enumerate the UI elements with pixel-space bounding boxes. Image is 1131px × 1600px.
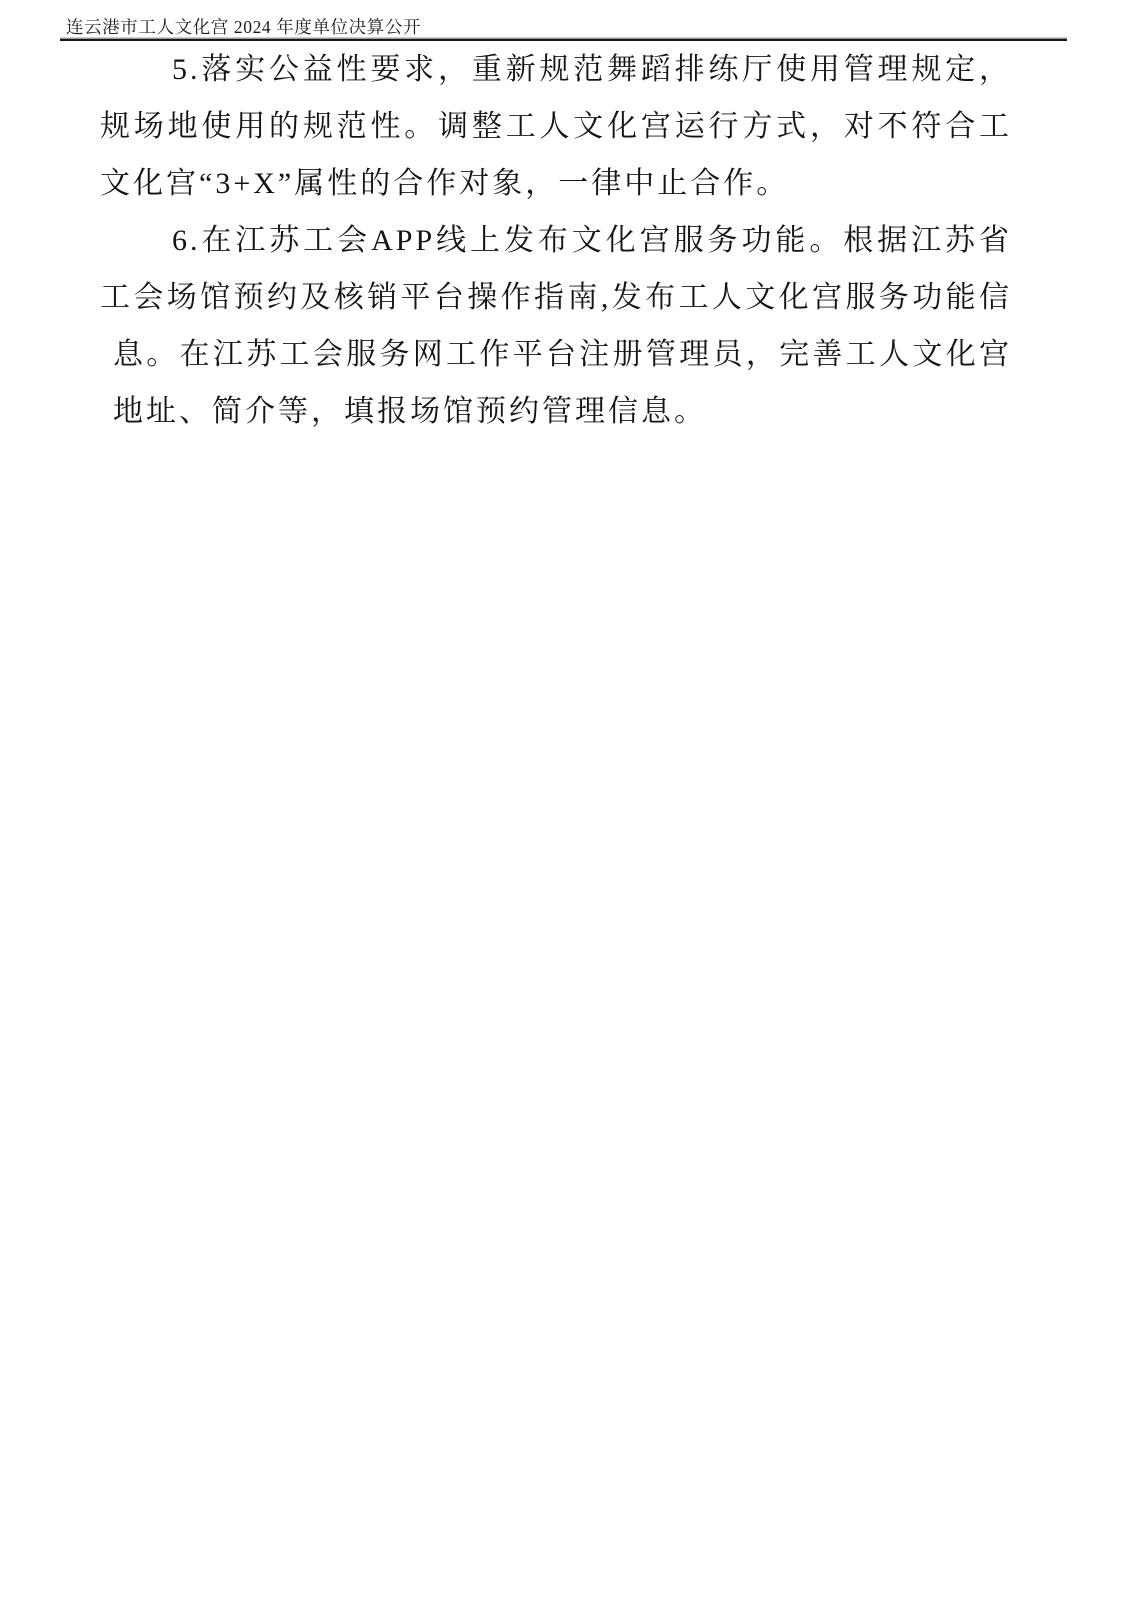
paragraph-5-line-3: 文化宫“3+X”属性的合作对象，一律中止合作。 (100, 155, 1012, 212)
document-body: 5.落实公益性要求，重新规范舞蹈排练厅使用管理规定，正 规场地使用的规范性。调整… (100, 41, 1012, 440)
paragraph-5-line-2: 规场地使用的规范性。调整工人文化宫运行方式，对不符合工人 (100, 98, 1012, 155)
paragraph-6-line-3: 息。在江苏工会服务网工作平台注册管理员，完善工人文化宫 (100, 326, 1012, 383)
paragraph-6-line-4: 地址、简介等，填报场馆预约管理信息。 (100, 383, 1012, 440)
page-header-title: 连云港市工人文化宫 2024 年度单位决算公开 (66, 14, 421, 39)
document-page: 连云港市工人文化宫 2024 年度单位决算公开 5.落实公益性要求，重新规范舞蹈… (0, 0, 1131, 1600)
paragraph-5-line-1: 5.落实公益性要求，重新规范舞蹈排练厅使用管理规定，正 (100, 41, 1012, 98)
paragraph-6-line-2: 工会场馆预约及核销平台操作指南,发布工人文化宫服务功能信 (100, 269, 1012, 326)
paragraph-6-line-1: 6.在江苏工会APP线上发布文化宫服务功能。根据江苏省总 (100, 212, 1012, 269)
